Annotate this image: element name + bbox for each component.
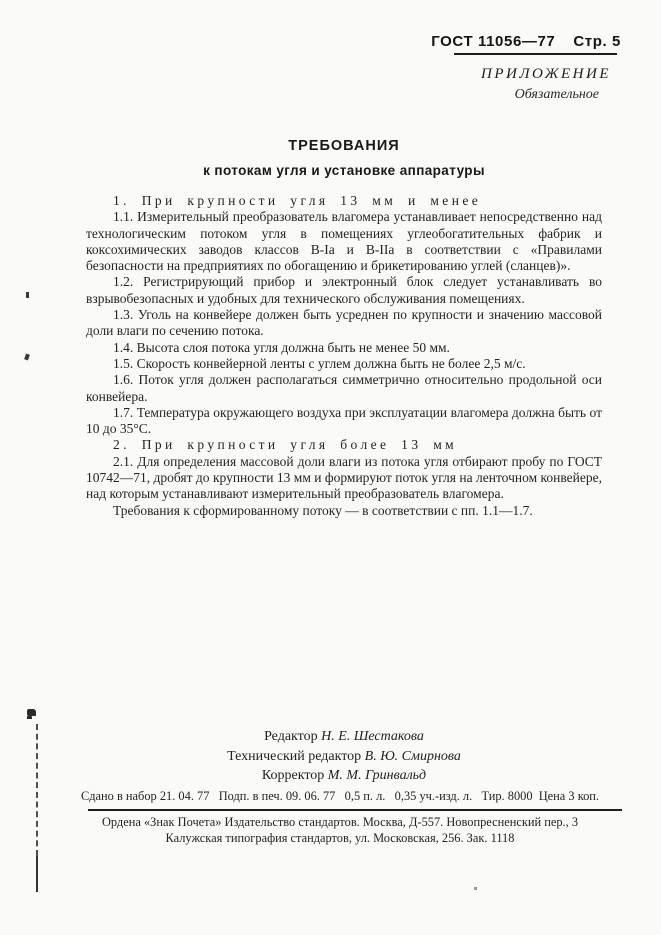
scan-margin-line <box>36 856 38 892</box>
doc-subtitle: к потокам угля и установке аппаратуры <box>86 163 602 178</box>
paragraph: 2.1. Для определения массовой доли влаги… <box>86 454 602 503</box>
imprint-line-2: Ордена «Знак Почета» Издательство станда… <box>50 815 630 830</box>
scan-margin-line <box>36 724 38 856</box>
scan-margin-mark <box>27 709 36 716</box>
paragraph: 1.5. Скорость конвейерной ленты с углем … <box>86 356 602 372</box>
credit-role: Корректор <box>262 768 324 783</box>
scan-speck <box>26 292 29 298</box>
imprint-line-3: Калужская типография стандартов, ул. Мос… <box>50 831 630 846</box>
credit-line: Корректор М. М. Гринвальд <box>86 766 602 786</box>
paragraph: Требования к сформированному потоку — в … <box>86 503 602 519</box>
paragraph: 1.4. Высота слоя потока угля должна быть… <box>86 340 602 356</box>
scan-speck <box>24 353 30 360</box>
page-number: Стр. 5 <box>573 33 621 50</box>
credit-role: Редактор <box>264 729 318 744</box>
doc-title: ТРЕБОВАНИЯ <box>86 138 602 154</box>
section-heading: 2. При крупности угля более 13 мм <box>86 437 602 453</box>
paragraph: 1.2. Регистрирующий прибор и электронный… <box>86 274 602 307</box>
paragraph: 1.7. Температура окружающего воздуха при… <box>86 405 602 438</box>
doc-header: ГОСТ 11056—77Стр. 5 <box>431 33 621 50</box>
scan-speck <box>474 887 477 890</box>
paragraph: 1.3. Уголь на конвейере должен быть усре… <box>86 307 602 340</box>
paragraph: 1.6. Поток угля должен располагаться сим… <box>86 372 602 405</box>
title-block: ТРЕБОВАНИЯ к потокам угля и установке ап… <box>86 138 602 178</box>
imprint-rule <box>88 809 622 811</box>
paragraph: 1.1. Измерительный преобразователь влаго… <box>86 209 602 274</box>
header-rule <box>454 53 617 55</box>
credit-name: В. Ю. Смирнова <box>365 749 461 764</box>
credit-role: Технический редактор <box>227 749 361 764</box>
body-text: 1. При крупности угля 13 мм и менее 1.1.… <box>86 193 602 519</box>
credit-line: Редактор Н. Е. Шестакова <box>86 727 602 747</box>
credit-name: Н. Е. Шестакова <box>321 729 424 744</box>
credit-line: Технический редактор В. Ю. Смирнова <box>86 747 602 767</box>
credit-name: М. М. Гринвальд <box>328 768 426 783</box>
credits-block: Редактор Н. Е. Шестакова Технический ред… <box>86 727 602 786</box>
section-heading: 1. При крупности угля 13 мм и менее <box>86 193 602 209</box>
annex-note: Обязательное <box>515 87 599 103</box>
imprint-line-1: Сдано в набор 21. 04. 77 Подп. в печ. 09… <box>50 789 630 804</box>
doc-number: ГОСТ 11056—77 <box>431 33 555 50</box>
annex-label: ПРИЛОЖЕНИЕ <box>481 66 611 83</box>
document-page: ГОСТ 11056—77Стр. 5 ПРИЛОЖЕНИЕ Обязатель… <box>0 0 661 935</box>
